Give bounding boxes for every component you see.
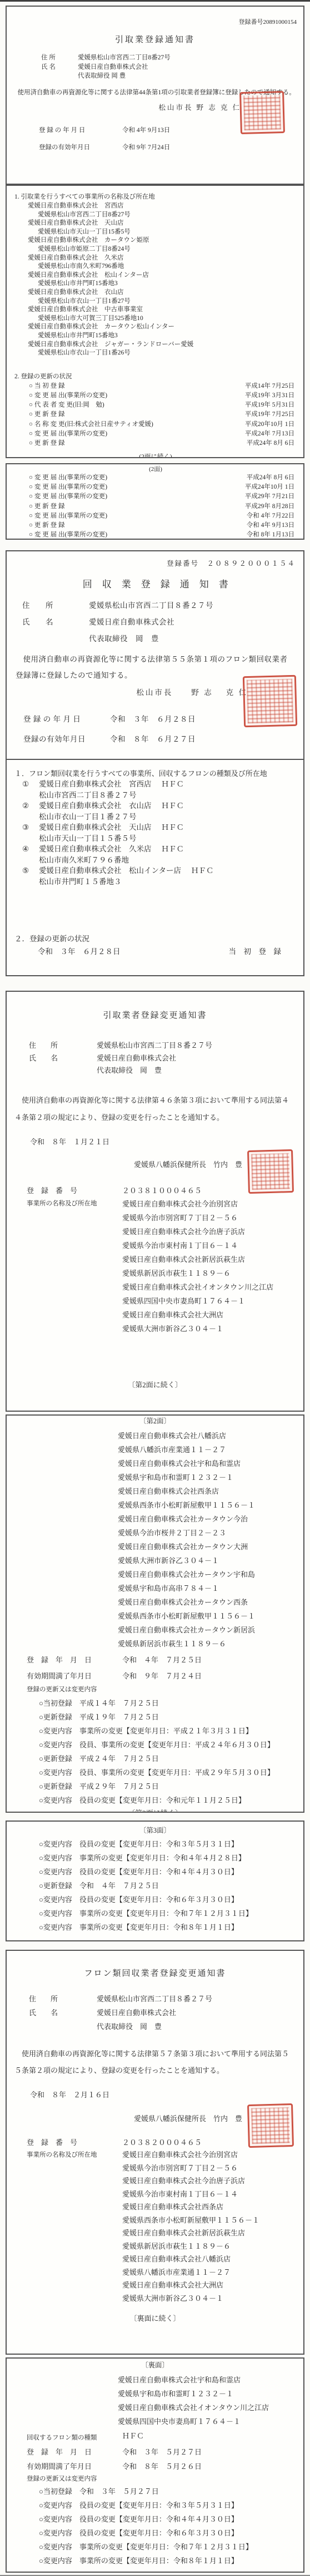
doc3-update-entries: ○当初登録 平成１４年 ７月２５日 ○更新登録 平成１９年 ７月２５日 ○変更内… bbox=[14, 1696, 296, 1807]
valid-until-label: 有効期間満了年月日 bbox=[27, 1670, 122, 1683]
office-address: 愛媛県松山市宮西二丁目8番27号 bbox=[38, 211, 297, 220]
office-line: 愛媛県西条市小松町新屋敷甲１１５６－１ bbox=[122, 2214, 296, 2227]
update-entry: ○変更内容 役員の変更【変更年月日：令和３年５月３１日】 bbox=[39, 2498, 296, 2512]
doc2-representative-row: 代表取締役 岡 豊 bbox=[22, 634, 296, 644]
valid-date-value: 令和 ８年 ６月２７日 bbox=[110, 733, 196, 744]
fron-type: ＨＦＣ bbox=[191, 865, 214, 876]
doc2-fron-recovery-registration-notice: 登録番号 ２０８９２０００１５４ 回 収 業 登 録 通 知 書 住 所 愛媛県… bbox=[6, 550, 304, 976]
doc3-page3-entries: ○変更内容 役員の変更【変更年月日：令和３年５月３１日】 ○変更内容 事業所の変… bbox=[14, 1837, 296, 1934]
update-label: ○ 変 更 届 出(事業所の変更) bbox=[29, 492, 107, 501]
update-row: ○ 更 新 登 録 平成19年 7月25日 bbox=[29, 410, 297, 419]
doc3-name-row: 氏 名 愛媛日産自動車株式会社 bbox=[29, 1052, 296, 1065]
office-line: 愛媛日産自動車株式会社八幡浜店 bbox=[122, 2253, 296, 2266]
store-list: 愛媛日産自動車株式会社八幡浜店 愛媛県八幡浜市産業通１１－２７ 愛媛日産自動車株… bbox=[118, 1429, 296, 1651]
matsuyama-mayor-seal-icon bbox=[243, 675, 297, 727]
office-line: 愛媛県今治市別宮町７丁目２－５６ bbox=[122, 1211, 296, 1225]
store-line: 愛媛日産自動車株式会社カータウン新居浜 bbox=[118, 1623, 296, 1637]
doc4-issue-date: 令和 ８年 ２月１６日 bbox=[30, 2089, 296, 2100]
update-entry: ○変更内容 事業所の変更【変更年月日：令和８年１月１日】 bbox=[39, 2554, 296, 2568]
doc2-section2-heading: ２．登録の更新の状況 bbox=[14, 934, 298, 944]
update-label: ○ 変 更 届 出(事業所の変更) bbox=[29, 473, 107, 483]
office-name: 愛媛日産自動車株式会社 カータウン松山インター bbox=[28, 323, 297, 332]
fron-office-row: ③ 愛媛日産自動車株式会社 天山店 ＨＦＣ bbox=[22, 822, 298, 833]
update-date: 平成19年 7月25日 bbox=[245, 410, 294, 419]
name-label: 氏 名 bbox=[22, 617, 89, 627]
store-line: 愛媛県八幡浜市産業通１１－２７ bbox=[118, 1443, 296, 1457]
update-date: 平成29年 8月28日 bbox=[245, 502, 294, 511]
update-entry: ○当初登録 平成１４年 ７月２５日 bbox=[39, 1696, 296, 1710]
store-line: 愛媛県四国中央市妻鳥町１７６４－１ bbox=[118, 2415, 296, 2428]
office-line: 愛媛県今治市東村南１丁目６－１４ bbox=[122, 1239, 296, 1252]
doc1-registration-number: 登録番号20891000154 bbox=[7, 17, 297, 26]
update-entry: ○変更内容 役員の変更【変更年月日：令和６年３月３０日】 bbox=[39, 2526, 296, 2540]
office-name: 愛媛日産自動車株式会社 松山インター店 bbox=[39, 865, 181, 876]
doc1-continued-note: (2面に続く) bbox=[14, 452, 297, 458]
update-row: ○ 更 新 登 録 平成24年 8月 6日 bbox=[29, 439, 297, 448]
doc3-update-history-label: 登録の更新又は変更内容 bbox=[27, 1685, 296, 1694]
name-value: 愛媛日産自動車株式会社 bbox=[89, 617, 174, 627]
doc3-offices-row: 事業所の名称及び所在地 愛媛日産自動車株式会社今治別宮店 愛媛県今治市別宮町７丁… bbox=[14, 1197, 296, 1336]
registration-date-label: 登 録 の 年 月 日 bbox=[39, 125, 122, 134]
doc2-valid-date-row: 登録の有効年月日 令和 ８年 ６月２７日 bbox=[23, 733, 296, 744]
update-row: ○ 変 更 届 出(事業所の変更) 令和 4年 7月22日 bbox=[29, 511, 297, 521]
doc4-fron-registration-change-notice: フロン類回収業者登録変更通知書 住 所 愛媛県松山市宮西二丁目８番２７号 氏 名… bbox=[6, 1950, 304, 2355]
store-line: 愛媛日産自動車株式会社宇和島和霊店 bbox=[118, 1457, 296, 1470]
office-name: 愛媛日産自動車株式会社 宮西店 bbox=[39, 779, 152, 790]
address-value: 愛媛県松山市宮西二丁目8番27号 bbox=[78, 53, 171, 63]
address-value: 愛媛県松山市宮西二丁目８番２７号 bbox=[97, 1992, 212, 2006]
doc3-page3-header: 〔第3面〕 bbox=[14, 1826, 296, 1835]
doc4-body-text: 使用済自動車の再資源化等に関する法律第５７条第３項において準用する同法第５５条第… bbox=[14, 2046, 296, 2079]
address-label: 住 所 bbox=[29, 1992, 97, 2006]
field-label-spacer bbox=[29, 2020, 97, 2034]
office-name: 愛媛日産自動車株式会社 衣山店 bbox=[39, 800, 152, 812]
store-line: 愛媛県西条市小松町新屋敷甲１１５６－１ bbox=[118, 1498, 296, 1512]
office-line: 愛媛県今治市別宮町７丁目２－５６ bbox=[122, 2162, 296, 2175]
fron-type-label: 回収するフロン類の種類 bbox=[27, 2430, 122, 2445]
doc1-address-row: 住 所 愛媛県松山市宮西二丁目8番27号 bbox=[41, 53, 303, 63]
update-entry: ○変更内容 事業所の変更【変更年月日：令和７年１２月３１日】 bbox=[39, 2540, 296, 2554]
office-name: 愛媛日産自動車株式会社 衣山店 bbox=[28, 288, 297, 297]
name-value: 愛媛日産自動車株式会社 bbox=[78, 63, 148, 72]
store-line: 愛媛県西条市小松町新屋敷甲１１５６－１ bbox=[118, 1609, 296, 1623]
update-label: ○ 変 更 届 出(事業所の変更) bbox=[29, 511, 107, 521]
doc3-registration-change-notice: 引取業者登録変更通知書 住 所 愛媛県松山市宮西二丁目８番２７号 氏 名 愛媛日… bbox=[6, 991, 304, 1412]
office-line: 愛媛県大洲市新谷乙３０４－１ bbox=[122, 1322, 296, 1336]
office-address: 愛媛県松山市衣山一丁目1番26号 bbox=[38, 349, 297, 358]
office-line: 愛媛日産自動車株式会社今治唐子浜店 bbox=[122, 2174, 296, 2188]
update-label: ○ 変 更 届 出(事業所の変更) bbox=[29, 391, 107, 400]
address-value: 愛媛県松山市宮西二丁目８番２７号 bbox=[89, 601, 213, 611]
yawatahama-health-center-seal-icon bbox=[247, 1149, 294, 1194]
update-entry: ○変更内容 事業所の変更【変更年月日：令和４年４月２８日】 bbox=[39, 1851, 296, 1865]
update-date: 平成24年 7月13日 bbox=[245, 429, 294, 439]
fron-type: ＨＦＣ bbox=[162, 779, 184, 790]
office-name: 愛媛日産自動車株式会社 ジャガー・ランドローバー愛媛 bbox=[28, 341, 297, 349]
doc4-update-history-label: 登録の更新又は変更内容 bbox=[27, 2474, 296, 2483]
office-address: 松山市宮西二丁目８番２７号 bbox=[39, 790, 298, 801]
registration-ymd-label: 登 録 年 月 日 bbox=[27, 2446, 122, 2459]
valid-until-label: 有効期間満了年月日 bbox=[27, 2460, 122, 2473]
store-line: 愛媛県宇和島市高串７８４－１ bbox=[118, 1581, 296, 1595]
update-label: ○ 変 更 届 出(事業所の変更) bbox=[29, 530, 107, 540]
office-address: 松山市南久米町７９６番地 bbox=[39, 855, 298, 866]
store-line: 愛媛日産自動車株式会社カータウン宇和島 bbox=[118, 1568, 296, 1581]
update-row: ○ 変 更 届 出(事業所の変更) 平成24年 8月 6日 bbox=[29, 473, 297, 483]
office-address: 愛媛県松山市姫原二丁目8番24号 bbox=[38, 245, 297, 254]
doc2-lower-part: １．フロン類回収業を行うすべての事業所、回収するフロンの種類及び所在地 ① 愛媛… bbox=[7, 759, 303, 957]
update-entry: ○変更内容 事業所の変更【変更年月日：令和７年１２月３１日】 bbox=[39, 1906, 296, 1920]
office-address: 愛媛県松山市井門町15番地3 bbox=[38, 280, 297, 288]
update-row: ○ 更 新 登 録 平成29年 8月28日 bbox=[29, 502, 297, 511]
name-label: 氏 名 bbox=[29, 1052, 97, 1065]
update-date: 平成14年 7月25日 bbox=[245, 382, 294, 391]
representative-value: 代表取締役 岡 豊 bbox=[97, 1064, 162, 1077]
store-line: 愛媛日産自動車株式会社八幡浜店 bbox=[118, 1429, 296, 1443]
store-line: 愛媛日産自動車株式会社西条店 bbox=[118, 1484, 296, 1498]
doc3-registration-ymd-row: 登 録 年 月 日 令和 ４年 ７月２５日 bbox=[14, 1654, 296, 1667]
doc2-title: 回 収 業 登 録 通 知 書 bbox=[16, 576, 296, 590]
doc4-valid-until-row: 有効期間満了年月日 令和 ８年 ５月２６日 bbox=[14, 2460, 296, 2473]
update-row: ○ 変 更 届 出(事業所の変更) 令和 8年 1月13日 bbox=[29, 530, 297, 540]
office-address: 愛媛県松山市南久米町796番地 bbox=[38, 262, 297, 271]
doc4-representative-row: 代表取締役 岡 豊 bbox=[29, 2020, 296, 2034]
update-entry: ○更新登録 平成２９年 ７月２５日 bbox=[39, 1779, 296, 1793]
matsuyama-mayor-seal-icon bbox=[239, 91, 285, 134]
doc2-section1-heading: １．フロン類回収業を行うすべての事業所、回収するフロンの種類及び所在地 bbox=[14, 768, 298, 779]
update-date: 令和 4年 9月13日 bbox=[247, 521, 294, 530]
registration-number-label: 登 録 番 号 bbox=[27, 1185, 122, 1195]
update-row: ○ 変 更 届 出(事業所の変更) 平成19年 3月31日 bbox=[29, 391, 297, 400]
doc2-name-row: 氏 名 愛媛日産自動車株式会社 bbox=[22, 617, 296, 627]
update-label: ○ 更 新 登 録 bbox=[29, 439, 64, 448]
doc4-offices-row: 事業所の名称及び所在地 愛媛日産自動車株式会社今治別宮店 愛媛県今治市別宮町７丁… bbox=[14, 2148, 296, 2305]
valid-date-label: 登録の有効年月日 bbox=[39, 143, 122, 151]
valid-until-value: 令和 ８年 ５月２６日 bbox=[122, 2460, 296, 2473]
doc4-title: フロン類回収業者登録変更通知書 bbox=[14, 1967, 296, 1979]
update-entry: ○変更内容 役員の変更【変更年月日：令和３年５月３１日】 bbox=[39, 1837, 296, 1851]
doc2-upper-part: 登録番号 ２０８９２０００１５４ 回 収 業 登 録 通 知 書 住 所 愛媛県… bbox=[7, 551, 303, 759]
office-name: 愛媛日産自動車株式会社 天山店 bbox=[28, 219, 297, 228]
update-entry: ○更新登録 平成１９年 ７月２５日 bbox=[39, 1710, 296, 1724]
doc3-representative-row: 代表取締役 岡 豊 bbox=[29, 1064, 296, 1077]
registration-date-value: 令和 ３年 ６月２８日 bbox=[110, 713, 196, 724]
fron-type: ＨＦＣ bbox=[162, 844, 184, 855]
office-address: 松山市井門町１５番地３ bbox=[39, 876, 298, 888]
offices-list: 愛媛日産自動車株式会社今治別宮店 愛媛県今治市別宮町７丁目２－５６ 愛媛日産自動… bbox=[122, 2148, 296, 2305]
store-line: 愛媛県大洲市新谷乙３０４－１ bbox=[118, 1554, 296, 1568]
fron-office-row: ② 愛媛日産自動車株式会社 衣山店 ＨＦＣ bbox=[22, 800, 298, 812]
fron-office-row: ① 愛媛日産自動車株式会社 宮西店 ＨＦＣ bbox=[22, 779, 298, 790]
office-line: 愛媛日産自動車株式会社大洲店 bbox=[122, 2279, 296, 2292]
doc1-offices-and-updates: 1. 引取業を行うすべての事業所の名称及び所在地 愛媛日産自動車株式会社 宮西店… bbox=[6, 185, 304, 458]
doc2-address-row: 住 所 愛媛県松山市宮西二丁目８番２７号 bbox=[22, 601, 296, 611]
registration-number-label: 登 録 番 号 bbox=[27, 2137, 122, 2147]
office-number: ① bbox=[22, 779, 39, 790]
update-entry: ○変更内容 役員の変更【変更年月日：令和４年４月３０日】 bbox=[39, 2512, 296, 2526]
update-entry: ○変更内容 役員、事業所の変更【変更年月日：平成２９年５月３０日】 bbox=[39, 1766, 296, 1779]
office-name: 愛媛日産自動車株式会社 久米店 bbox=[39, 844, 152, 855]
office-line: 愛媛県四国中央市妻鳥町１７６４－１ bbox=[122, 1294, 296, 1308]
doc4-name-row: 氏 名 愛媛日産自動車株式会社 bbox=[29, 2006, 296, 2020]
update-date: 平成24年10月 1日 bbox=[245, 483, 294, 492]
doc3-continued-note: 〔第2面に続く〕 bbox=[14, 1379, 296, 1390]
office-name: 愛媛日産自動車株式会社 カータウン姫原 bbox=[28, 236, 297, 245]
update-label: ○ 更 新 登 録 bbox=[29, 410, 64, 419]
update-date: 平成19年 3月31日 bbox=[245, 391, 294, 400]
office-number: ④ bbox=[22, 844, 39, 855]
doc4-update-entries: ○当初登録 令和 ３年 ５月２７日 ○変更内容 役員の変更【変更年月日：令和３年… bbox=[14, 2484, 296, 2568]
valid-date-label: 登録の有効年月日 bbox=[23, 733, 110, 744]
office-line: 愛媛日産自動車株式会社今治唐子浜店 bbox=[122, 1225, 296, 1239]
store-line: 愛媛日産自動車株式会社カータウン大洲 bbox=[118, 1540, 296, 1554]
name-label: 氏 名 bbox=[29, 2006, 97, 2020]
update-row: ○ 当 初 登 録 平成14年 7月25日 bbox=[29, 382, 297, 391]
doc3-page2-header: 〔第2面〕 bbox=[14, 1417, 296, 1426]
representative-value: 代表取締役 岡 豊 bbox=[78, 72, 126, 81]
store-line: 愛媛日産自動車株式会社カータウン今治 bbox=[118, 1512, 296, 1526]
office-address: 愛媛県松山市井門町15番地3 bbox=[38, 332, 297, 341]
update-label: ○ 変 更 届 出(事業所の変更) bbox=[29, 429, 107, 439]
doc4-fron-type-row: 回収するフロン類の種類 ＨＦＣ bbox=[14, 2430, 296, 2445]
office-address: 松山市衣山一丁目１番２７号 bbox=[39, 812, 298, 823]
update-date: 令和 8年 1月13日 bbox=[247, 530, 294, 540]
doc3-valid-until-row: 有効期間満了年月日 令和 ９年 ７月２４日 bbox=[14, 1670, 296, 1683]
office-line: 愛媛県大洲市新谷乙３０４－１ bbox=[122, 2292, 296, 2305]
doc3-title: 引取業者登録変更通知書 bbox=[14, 1009, 296, 1021]
doc1-name-row: 氏 名 愛媛日産自動車株式会社 bbox=[41, 63, 303, 72]
doc3-body-text: 使用済自動車の再資源化等に関する法律第４６条第３項において準用する同法第４４条第… bbox=[14, 1092, 296, 1126]
office-line: 愛媛県今治市東村南１丁目６－１４ bbox=[122, 2188, 296, 2201]
update-label: ○ 更 新 登 録 bbox=[29, 521, 64, 530]
offices-label: 事業所の名称及び所在地 bbox=[27, 2148, 122, 2305]
registration-date-value: 令和 4年 9月13日 bbox=[122, 125, 170, 134]
doc3-page2: 〔第2面〕 愛媛日産自動車株式会社八幡浜店 愛媛県八幡浜市産業通１１－２７ 愛媛… bbox=[6, 1414, 304, 1813]
office-address: 松山市天山一丁目１５番５号 bbox=[39, 833, 298, 844]
update-label: ○ 更 新 登 録 bbox=[29, 502, 64, 511]
doc2-initial-registration-row: 令和 ３年 ６月２８日 当 初 登 録 bbox=[38, 946, 281, 957]
update-entry: ○変更内容 役員の変更【変更年月日：令和元年１１月２５日】 bbox=[39, 1793, 296, 1807]
update-entry: ○更新登録 令和 ４年 ７月２５日 bbox=[39, 1879, 296, 1893]
doc1-title: 引取業登録通知書 bbox=[7, 33, 303, 45]
update-date: 平成24年 8月 6日 bbox=[247, 473, 294, 483]
update-row: ○ 変 更 届 出(事業所の変更) 平成24年10月 1日 bbox=[29, 483, 297, 492]
update-entry: ○更新登録 平成２４年 ７月２５日 bbox=[39, 1752, 296, 1766]
office-line: 愛媛日産自動車株式会社今治別宮店 bbox=[122, 2148, 296, 2162]
office-line: 愛媛県八幡浜市産業通１１－２７ bbox=[122, 2266, 296, 2279]
update-date: 平成19年 5月31日 bbox=[245, 400, 294, 410]
doc4-back-page: 〔裏面〕 愛媛日産自動車株式会社宇和島和霊店 愛媛県宇和島市和霊町１２３２－１ … bbox=[6, 2357, 304, 2573]
doc1-page2-header: (2面) bbox=[14, 465, 297, 473]
name-value: 愛媛日産自動車株式会社 bbox=[97, 1052, 176, 1065]
store-line: 愛媛県宇和島市和霊町１２３２－１ bbox=[118, 2387, 296, 2401]
fron-type: ＨＦＣ bbox=[162, 800, 184, 812]
yawatahama-health-center-seal-icon bbox=[247, 2103, 294, 2148]
office-address: 愛媛県松山市天山一丁目15番5号 bbox=[38, 228, 297, 237]
update-label: ○ 当 初 登 録 bbox=[29, 382, 64, 391]
update-entry: ○変更内容 役員の変更【変更年月日：令和６年３月３０日】 bbox=[39, 1893, 296, 1906]
update-date: 平成29年 7月21日 bbox=[245, 492, 294, 501]
doc4-continued-note: 〔裏面に続く〕 bbox=[14, 2313, 296, 2323]
office-line: 愛媛県新居浜市萩生１１８９－６ bbox=[122, 1266, 296, 1280]
doc3-address-row: 住 所 愛媛県松山市宮西二丁目８番２７号 bbox=[29, 1039, 296, 1052]
address-label: 住 所 bbox=[41, 53, 78, 63]
update-row: ○ 名 称 変 更(旧:株式会社日産サティオ愛媛) 平成20年10月 1日 bbox=[29, 420, 297, 429]
office-line: 愛媛日産自動車株式会社新居浜萩生店 bbox=[122, 1252, 296, 1266]
update-label: ○ 変 更 届 出(事業所の変更) bbox=[29, 483, 107, 492]
update-entry: ○変更内容 事業所の変更【変更年月日：平成２１年３月３１日】 bbox=[39, 1724, 296, 1738]
initial-registration-date: 令和 ３年 ６月２８日 bbox=[38, 946, 121, 957]
valid-date-value: 令和 9年 7月24日 bbox=[122, 143, 170, 151]
office-name: 愛媛日産自動車株式会社 松山インター店 bbox=[28, 271, 297, 280]
doc1-representative-row: 代表取締役 岡 豊 bbox=[41, 72, 303, 81]
doc2-registration-number: 登録番号 ２０８９２０００１５４ bbox=[16, 558, 296, 568]
store-line: 愛媛日産自動車株式会社カータウン西条 bbox=[118, 1595, 296, 1609]
fron-office-row: ④ 愛媛日産自動車株式会社 久米店 ＨＦＣ bbox=[22, 844, 298, 855]
office-name: 愛媛日産自動車株式会社 天山店 bbox=[39, 822, 152, 833]
office-line: 愛媛日産自動車株式会社新居浜萩生店 bbox=[122, 2227, 296, 2240]
valid-until-value: 令和 ９年 ７月２４日 bbox=[122, 1670, 296, 1683]
store-line: 愛媛県新居浜市萩生１１８９－６ bbox=[118, 1637, 296, 1651]
store-list: 愛媛日産自動車株式会社宇和島和霊店 愛媛県宇和島市和霊町１２３２－１ 愛媛日産自… bbox=[118, 2373, 296, 2428]
store-line: 愛媛日産自動車株式会社イオンタウン川之江店 bbox=[118, 2401, 296, 2415]
update-label: ○ 代 表 者 変 更(旧:岡 勉) bbox=[29, 400, 104, 410]
doc1-valid-date-row: 登録の有効年月日 令和 9年 7月24日 bbox=[39, 143, 303, 151]
store-line: 愛媛日産自動車株式会社宇和島和霊店 bbox=[118, 2373, 296, 2387]
store-line: 愛媛県宇和島市和霊町１２３２－１ bbox=[118, 1470, 296, 1484]
field-label-spacer bbox=[41, 72, 78, 81]
office-name: 愛媛日産自動車株式会社 中古車事業室 bbox=[28, 306, 297, 315]
update-row: ○ 変 更 届 出(事業所の変更) 平成24年 7月13日 bbox=[29, 429, 297, 439]
registration-date-label: 登 録 の 年 月 日 bbox=[23, 713, 110, 724]
update-label: ○ 名 称 変 更(旧:株式会社日産サティオ愛媛) bbox=[29, 420, 153, 429]
address-label: 住 所 bbox=[29, 1039, 97, 1052]
doc4-back-header: 〔裏面〕 bbox=[14, 2361, 296, 2370]
office-address: 愛媛県松山市大可賀三丁目525番地10 bbox=[38, 315, 297, 323]
update-row: ○ 代 表 者 変 更(旧:岡 勉) 平成19年 5月31日 bbox=[29, 400, 297, 410]
update-date: 令和 4年 7月22日 bbox=[247, 511, 294, 521]
offices-label: 事業所の名称及び所在地 bbox=[27, 1197, 122, 1336]
office-line: 愛媛県新居浜市萩生１１８９－６ bbox=[122, 2240, 296, 2253]
doc1-section2-heading: 2. 登録の更新の状況 bbox=[14, 372, 297, 382]
office-line: 愛媛日産自動車株式会社今治別宮店 bbox=[122, 1197, 296, 1211]
doc3-continued-note2: 〔第3面に続く〕 bbox=[14, 1807, 296, 1813]
store-line: 愛媛県今治市桜井２丁目２－２３ bbox=[118, 1526, 296, 1540]
name-value: 愛媛日産自動車株式会社 bbox=[97, 2006, 176, 2020]
update-date: 平成24年 8月 6日 bbox=[247, 439, 294, 448]
office-name: 愛媛日産自動車株式会社 久米店 bbox=[28, 254, 297, 263]
office-line: 愛媛日産自動車株式会社イオンタウン川之江店 bbox=[122, 1280, 296, 1294]
scan-edge-top bbox=[0, 0, 310, 2]
fron-type-value: ＨＦＣ bbox=[122, 2430, 296, 2445]
update-date: 平成20年10月 1日 bbox=[245, 420, 294, 429]
scanned-notification-documents: { "page": { "ink_color": "#262626", "bor… bbox=[0, 0, 310, 2576]
office-number: ⑤ bbox=[22, 865, 39, 876]
address-value: 愛媛県松山市宮西二丁目８番２７号 bbox=[97, 1039, 212, 1052]
offices-list: 愛媛日産自動車株式会社今治別宮店 愛媛県今治市別宮町７丁目２－５６ 愛媛日産自動… bbox=[122, 1197, 296, 1336]
update-row: ○ 変 更 届 出(事業所の変更) 平成29年 7月21日 bbox=[29, 492, 297, 501]
update-entry: ○変更内容 役員、事業所の変更【変更年月日：平成２４年６月３０日】 bbox=[39, 1738, 296, 1752]
field-label-spacer bbox=[22, 634, 89, 644]
representative-value: 代表取締役 岡 豊 bbox=[97, 2020, 162, 2034]
update-row: ○ 更 新 登 録 令和 4年 9月13日 bbox=[29, 521, 297, 530]
name-label: 氏 名 bbox=[41, 63, 78, 72]
office-number: ② bbox=[22, 800, 39, 812]
office-name: 愛媛日産自動車株式会社 宮西店 bbox=[28, 202, 297, 211]
doc1-page2: (2面) ○ 変 更 届 出(事業所の変更) 平成24年 8月 6日 ○ 変 更… bbox=[6, 463, 304, 540]
initial-registration-label: 当 初 登 録 bbox=[229, 946, 282, 957]
field-label-spacer bbox=[29, 1064, 97, 1077]
fron-type: ＨＦＣ bbox=[162, 822, 184, 833]
address-label: 住 所 bbox=[22, 601, 89, 611]
office-line: 愛媛日産自動車株式会社大洲店 bbox=[122, 1308, 296, 1322]
doc4-address-row: 住 所 愛媛県松山市宮西二丁目８番２７号 bbox=[29, 1992, 296, 2006]
registration-ymd-value: 令和 ４年 ７月２５日 bbox=[122, 1654, 296, 1667]
update-entry: ○変更内容 事業所の変更【変更年月日：令和８年１月１日】 bbox=[39, 1920, 296, 1934]
representative-value: 代表取締役 岡 豊 bbox=[89, 634, 159, 644]
office-number: ③ bbox=[22, 822, 39, 833]
registration-ymd-value: 令和 ３年 ５月２７日 bbox=[122, 2446, 296, 2459]
registration-ymd-label: 登 録 年 月 日 bbox=[27, 1654, 122, 1667]
doc3-issue-date: 令和 ８年 １月２１日 bbox=[30, 1136, 296, 1147]
doc4-registration-ymd-row: 登 録 年 月 日 令和 ３年 ５月２７日 bbox=[14, 2446, 296, 2459]
office-line: 愛媛日産自動車株式会社西条店 bbox=[122, 2200, 296, 2214]
update-entry: ○変更内容 役員の変更【変更年月日：令和４年４月３０日】 bbox=[39, 1865, 296, 1879]
doc3-page3: 〔第3面〕 ○変更内容 役員の変更【変更年月日：令和３年５月３１日】 ○変更内容… bbox=[6, 1821, 304, 1941]
doc1-collection-registration-notice: 登録番号20891000154 引取業登録通知書 住 所 愛媛県松山市宮西二丁目… bbox=[6, 6, 304, 185]
doc1-section1-heading: 1. 引取業を行うすべての事業所の名称及び所在地 bbox=[14, 192, 297, 202]
update-entry: ○当初登録 令和 ３年 ５月２７日 bbox=[39, 2484, 296, 2498]
office-address: 愛媛県松山市衣山一丁目1番27号 bbox=[38, 297, 297, 306]
fron-office-row: ⑤ 愛媛日産自動車株式会社 松山インター店 ＨＦＣ bbox=[22, 865, 298, 876]
